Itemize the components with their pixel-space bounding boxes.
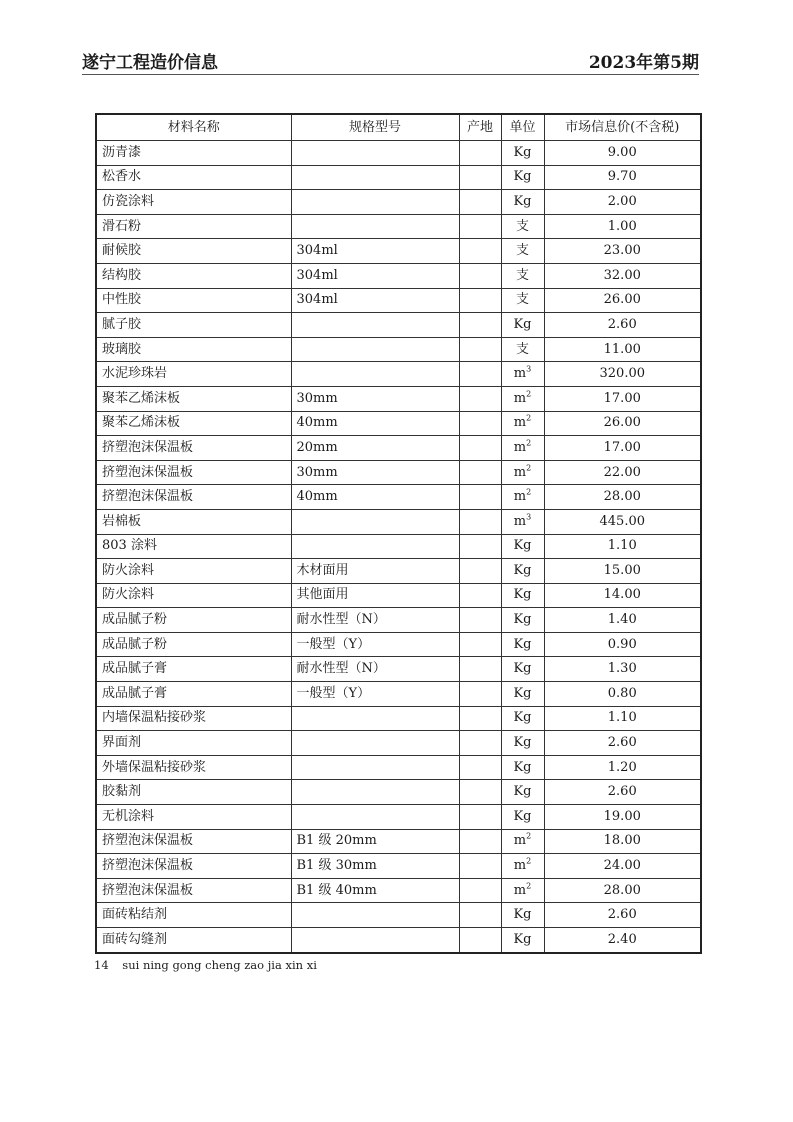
table-row: 沥青漆Kg9.00 bbox=[96, 141, 701, 166]
table-row: 岩棉板m3445.00 bbox=[96, 509, 701, 534]
table-row: 聚苯乙烯沫板30mmm217.00 bbox=[96, 386, 701, 411]
table-row: 成品腻子膏一般型（Y）Kg0.80 bbox=[96, 682, 701, 707]
cell-price: 2.00 bbox=[544, 190, 701, 215]
cell-material-name: 岩棉板 bbox=[96, 509, 291, 534]
table-row: 胶黏剂Kg2.60 bbox=[96, 780, 701, 805]
issue-label: 2023年第5期 bbox=[589, 48, 699, 73]
cell-material-name: 耐候胶 bbox=[96, 239, 291, 264]
cell-material-name: 挤塑泡沫保温板 bbox=[96, 436, 291, 461]
cell-unit: Kg bbox=[501, 583, 544, 608]
cell-price: 17.00 bbox=[544, 436, 701, 461]
table-row: 中性胶304ml支26.00 bbox=[96, 288, 701, 313]
cell-material-name: 面砖勾缝剂 bbox=[96, 928, 291, 953]
table-row: 成品腻子粉耐水性型（N）Kg1.40 bbox=[96, 608, 701, 633]
cell-price: 320.00 bbox=[544, 362, 701, 387]
cell-spec: 其他面用 bbox=[291, 583, 459, 608]
cell-spec bbox=[291, 141, 459, 166]
cell-origin bbox=[459, 903, 501, 928]
cell-origin bbox=[459, 190, 501, 215]
cell-spec: 一般型（Y） bbox=[291, 682, 459, 707]
cell-material-name: 内墙保温粘接砂浆 bbox=[96, 706, 291, 731]
cell-origin bbox=[459, 263, 501, 288]
cell-material-name: 成品腻子粉 bbox=[96, 608, 291, 633]
cell-price: 2.60 bbox=[544, 903, 701, 928]
cell-price: 2.60 bbox=[544, 313, 701, 338]
table-row: 成品腻子膏耐水性型（N）Kg1.30 bbox=[96, 657, 701, 682]
cell-price: 1.10 bbox=[544, 706, 701, 731]
table-row: 玻璃胶支11.00 bbox=[96, 337, 701, 362]
cell-price: 1.30 bbox=[544, 657, 701, 682]
cell-price: 0.80 bbox=[544, 682, 701, 707]
cell-origin bbox=[459, 141, 501, 166]
cell-material-name: 803 涂料 bbox=[96, 534, 291, 559]
cell-origin bbox=[459, 755, 501, 780]
cell-spec: 耐水性型（N） bbox=[291, 608, 459, 633]
cell-spec bbox=[291, 509, 459, 534]
cell-origin bbox=[459, 682, 501, 707]
cell-unit: Kg bbox=[501, 755, 544, 780]
cell-origin bbox=[459, 731, 501, 756]
cell-spec: 40mm bbox=[291, 411, 459, 436]
table-row: 挤塑泡沫保温板40mmm228.00 bbox=[96, 485, 701, 510]
cell-price: 15.00 bbox=[544, 559, 701, 584]
cell-spec bbox=[291, 165, 459, 190]
cell-price: 1.10 bbox=[544, 534, 701, 559]
cell-price: 28.00 bbox=[544, 878, 701, 903]
table-row: 结构胶304ml支32.00 bbox=[96, 263, 701, 288]
cell-price: 1.00 bbox=[544, 214, 701, 239]
publication-title: 遂宁工程造价信息 bbox=[82, 48, 218, 73]
table-row: 803 涂料Kg1.10 bbox=[96, 534, 701, 559]
page-number: 14 bbox=[94, 958, 109, 972]
cell-spec: 耐水性型（N） bbox=[291, 657, 459, 682]
cell-unit: m2 bbox=[501, 436, 544, 461]
cell-spec bbox=[291, 214, 459, 239]
cell-price: 32.00 bbox=[544, 263, 701, 288]
cell-spec bbox=[291, 731, 459, 756]
cell-spec bbox=[291, 755, 459, 780]
cell-unit: Kg bbox=[501, 682, 544, 707]
table-row: 滑石粉支1.00 bbox=[96, 214, 701, 239]
cell-spec: 木材面用 bbox=[291, 559, 459, 584]
cell-price: 445.00 bbox=[544, 509, 701, 534]
table-row: 挤塑泡沫保温板B1 级 30mmm224.00 bbox=[96, 854, 701, 879]
cell-origin bbox=[459, 583, 501, 608]
column-header-material-name: 材料名称 bbox=[96, 114, 291, 141]
table-row: 腻子胶Kg2.60 bbox=[96, 313, 701, 338]
cell-material-name: 界面剂 bbox=[96, 731, 291, 756]
column-header-price: 市场信息价(不含税) bbox=[544, 114, 701, 141]
cell-origin bbox=[459, 854, 501, 879]
cell-unit: Kg bbox=[501, 190, 544, 215]
cell-material-name: 成品腻子粉 bbox=[96, 632, 291, 657]
cell-origin bbox=[459, 362, 501, 387]
cell-unit: m2 bbox=[501, 485, 544, 510]
cell-origin bbox=[459, 632, 501, 657]
cell-unit: Kg bbox=[501, 141, 544, 166]
cell-spec bbox=[291, 362, 459, 387]
cell-spec bbox=[291, 190, 459, 215]
cell-origin bbox=[459, 534, 501, 559]
table-row: 面砖勾缝剂Kg2.40 bbox=[96, 928, 701, 953]
cell-unit: Kg bbox=[501, 632, 544, 657]
cell-material-name: 腻子胶 bbox=[96, 313, 291, 338]
cell-unit: m2 bbox=[501, 411, 544, 436]
cell-spec: 一般型（Y） bbox=[291, 632, 459, 657]
cell-material-name: 面砖粘结剂 bbox=[96, 903, 291, 928]
cell-price: 24.00 bbox=[544, 854, 701, 879]
cell-origin bbox=[459, 313, 501, 338]
cell-origin bbox=[459, 928, 501, 953]
cell-origin bbox=[459, 485, 501, 510]
cell-price: 22.00 bbox=[544, 460, 701, 485]
cell-material-name: 玻璃胶 bbox=[96, 337, 291, 362]
cell-origin bbox=[459, 411, 501, 436]
cell-origin bbox=[459, 165, 501, 190]
cell-price: 23.00 bbox=[544, 239, 701, 264]
table-row: 成品腻子粉一般型（Y）Kg0.90 bbox=[96, 632, 701, 657]
cell-material-name: 结构胶 bbox=[96, 263, 291, 288]
cell-spec: 30mm bbox=[291, 386, 459, 411]
cell-price: 19.00 bbox=[544, 805, 701, 830]
table-row: 水泥珍珠岩m3320.00 bbox=[96, 362, 701, 387]
cell-origin bbox=[459, 706, 501, 731]
cell-material-name: 挤塑泡沫保温板 bbox=[96, 854, 291, 879]
cell-unit: m2 bbox=[501, 460, 544, 485]
cell-unit: Kg bbox=[501, 780, 544, 805]
table-row: 挤塑泡沫保温板30mmm222.00 bbox=[96, 460, 701, 485]
cell-material-name: 防火涂料 bbox=[96, 559, 291, 584]
cell-price: 26.00 bbox=[544, 411, 701, 436]
cell-price: 9.00 bbox=[544, 141, 701, 166]
cell-spec bbox=[291, 780, 459, 805]
cell-spec bbox=[291, 928, 459, 953]
cell-material-name: 成品腻子膏 bbox=[96, 682, 291, 707]
cell-origin bbox=[459, 386, 501, 411]
cell-unit: m2 bbox=[501, 386, 544, 411]
cell-unit: m3 bbox=[501, 509, 544, 534]
cell-spec: 304ml bbox=[291, 288, 459, 313]
cell-price: 17.00 bbox=[544, 386, 701, 411]
cell-spec: 20mm bbox=[291, 436, 459, 461]
cell-price: 14.00 bbox=[544, 583, 701, 608]
cell-spec: B1 级 30mm bbox=[291, 854, 459, 879]
cell-unit: Kg bbox=[501, 534, 544, 559]
cell-material-name: 聚苯乙烯沫板 bbox=[96, 411, 291, 436]
cell-unit: 支 bbox=[501, 239, 544, 264]
table-row: 松香水Kg9.70 bbox=[96, 165, 701, 190]
cell-origin bbox=[459, 436, 501, 461]
cell-spec: 304ml bbox=[291, 263, 459, 288]
cell-unit: Kg bbox=[501, 559, 544, 584]
column-header-unit: 单位 bbox=[501, 114, 544, 141]
cell-material-name: 水泥珍珠岩 bbox=[96, 362, 291, 387]
page-footer: 14 sui ning gong cheng zao jia xin xi bbox=[94, 958, 317, 972]
cell-spec bbox=[291, 534, 459, 559]
cell-spec: 30mm bbox=[291, 460, 459, 485]
cell-price: 11.00 bbox=[544, 337, 701, 362]
cell-origin bbox=[459, 460, 501, 485]
table-row: 挤塑泡沫保温板B1 级 40mmm228.00 bbox=[96, 878, 701, 903]
page-header: 遂宁工程造价信息 2023年第5期 bbox=[82, 44, 699, 75]
cell-spec bbox=[291, 805, 459, 830]
cell-material-name: 中性胶 bbox=[96, 288, 291, 313]
table-row: 界面剂Kg2.60 bbox=[96, 731, 701, 756]
cell-material-name: 挤塑泡沫保温板 bbox=[96, 485, 291, 510]
table-row: 无机涂料Kg19.00 bbox=[96, 805, 701, 830]
cell-spec: 304ml bbox=[291, 239, 459, 264]
footer-pinyin: sui ning gong cheng zao jia xin xi bbox=[122, 958, 317, 972]
cell-unit: m2 bbox=[501, 878, 544, 903]
cell-price: 0.90 bbox=[544, 632, 701, 657]
cell-material-name: 仿瓷涂料 bbox=[96, 190, 291, 215]
cell-unit: Kg bbox=[501, 608, 544, 633]
table-row: 挤塑泡沫保温板20mmm217.00 bbox=[96, 436, 701, 461]
table-row: 聚苯乙烯沫板40mmm226.00 bbox=[96, 411, 701, 436]
table-body: 沥青漆Kg9.00松香水Kg9.70仿瓷涂料Kg2.00滑石粉支1.00耐候胶3… bbox=[96, 141, 701, 953]
table-row: 仿瓷涂料Kg2.00 bbox=[96, 190, 701, 215]
cell-unit: 支 bbox=[501, 214, 544, 239]
table-row: 防火涂料木材面用Kg15.00 bbox=[96, 559, 701, 584]
material-price-table: 材料名称 规格型号 产地 单位 市场信息价(不含税) 沥青漆Kg9.00松香水K… bbox=[95, 113, 702, 954]
cell-price: 1.20 bbox=[544, 755, 701, 780]
cell-spec bbox=[291, 706, 459, 731]
cell-spec: 40mm bbox=[291, 485, 459, 510]
cell-unit: Kg bbox=[501, 731, 544, 756]
cell-origin bbox=[459, 509, 501, 534]
cell-price: 2.40 bbox=[544, 928, 701, 953]
cell-origin bbox=[459, 608, 501, 633]
table-row: 内墙保温粘接砂浆Kg1.10 bbox=[96, 706, 701, 731]
cell-material-name: 挤塑泡沫保温板 bbox=[96, 878, 291, 903]
cell-unit: m2 bbox=[501, 854, 544, 879]
cell-material-name: 外墙保温粘接砂浆 bbox=[96, 755, 291, 780]
column-header-origin: 产地 bbox=[459, 114, 501, 141]
cell-unit: Kg bbox=[501, 165, 544, 190]
cell-price: 2.60 bbox=[544, 731, 701, 756]
cell-spec: B1 级 40mm bbox=[291, 878, 459, 903]
table-row: 外墙保温粘接砂浆Kg1.20 bbox=[96, 755, 701, 780]
cell-material-name: 防火涂料 bbox=[96, 583, 291, 608]
table-header-row: 材料名称 规格型号 产地 单位 市场信息价(不含税) bbox=[96, 114, 701, 141]
cell-origin bbox=[459, 214, 501, 239]
cell-unit: Kg bbox=[501, 903, 544, 928]
cell-unit: 支 bbox=[501, 337, 544, 362]
cell-origin bbox=[459, 337, 501, 362]
table-row: 面砖粘结剂Kg2.60 bbox=[96, 903, 701, 928]
cell-unit: Kg bbox=[501, 657, 544, 682]
cell-unit: Kg bbox=[501, 805, 544, 830]
cell-origin bbox=[459, 780, 501, 805]
cell-price: 18.00 bbox=[544, 829, 701, 854]
cell-origin bbox=[459, 288, 501, 313]
cell-price: 9.70 bbox=[544, 165, 701, 190]
cell-origin bbox=[459, 657, 501, 682]
cell-origin bbox=[459, 805, 501, 830]
cell-material-name: 胶黏剂 bbox=[96, 780, 291, 805]
cell-material-name: 沥青漆 bbox=[96, 141, 291, 166]
cell-unit: Kg bbox=[501, 928, 544, 953]
cell-unit: 支 bbox=[501, 288, 544, 313]
cell-spec bbox=[291, 903, 459, 928]
cell-price: 1.40 bbox=[544, 608, 701, 633]
cell-material-name: 聚苯乙烯沫板 bbox=[96, 386, 291, 411]
cell-origin bbox=[459, 559, 501, 584]
cell-material-name: 挤塑泡沫保温板 bbox=[96, 829, 291, 854]
table-row: 挤塑泡沫保温板B1 级 20mmm218.00 bbox=[96, 829, 701, 854]
cell-price: 2.60 bbox=[544, 780, 701, 805]
cell-unit: Kg bbox=[501, 706, 544, 731]
cell-unit: m3 bbox=[501, 362, 544, 387]
cell-material-name: 成品腻子膏 bbox=[96, 657, 291, 682]
column-header-spec: 规格型号 bbox=[291, 114, 459, 141]
cell-material-name: 滑石粉 bbox=[96, 214, 291, 239]
cell-spec: B1 级 20mm bbox=[291, 829, 459, 854]
cell-unit: 支 bbox=[501, 263, 544, 288]
cell-price: 26.00 bbox=[544, 288, 701, 313]
cell-material-name: 挤塑泡沫保温板 bbox=[96, 460, 291, 485]
cell-spec bbox=[291, 337, 459, 362]
cell-material-name: 松香水 bbox=[96, 165, 291, 190]
cell-origin bbox=[459, 878, 501, 903]
cell-unit: m2 bbox=[501, 829, 544, 854]
cell-origin bbox=[459, 829, 501, 854]
table-row: 耐候胶304ml支23.00 bbox=[96, 239, 701, 264]
cell-material-name: 无机涂料 bbox=[96, 805, 291, 830]
table-row: 防火涂料其他面用Kg14.00 bbox=[96, 583, 701, 608]
cell-price: 28.00 bbox=[544, 485, 701, 510]
cell-spec bbox=[291, 313, 459, 338]
cell-origin bbox=[459, 239, 501, 264]
cell-unit: Kg bbox=[501, 313, 544, 338]
